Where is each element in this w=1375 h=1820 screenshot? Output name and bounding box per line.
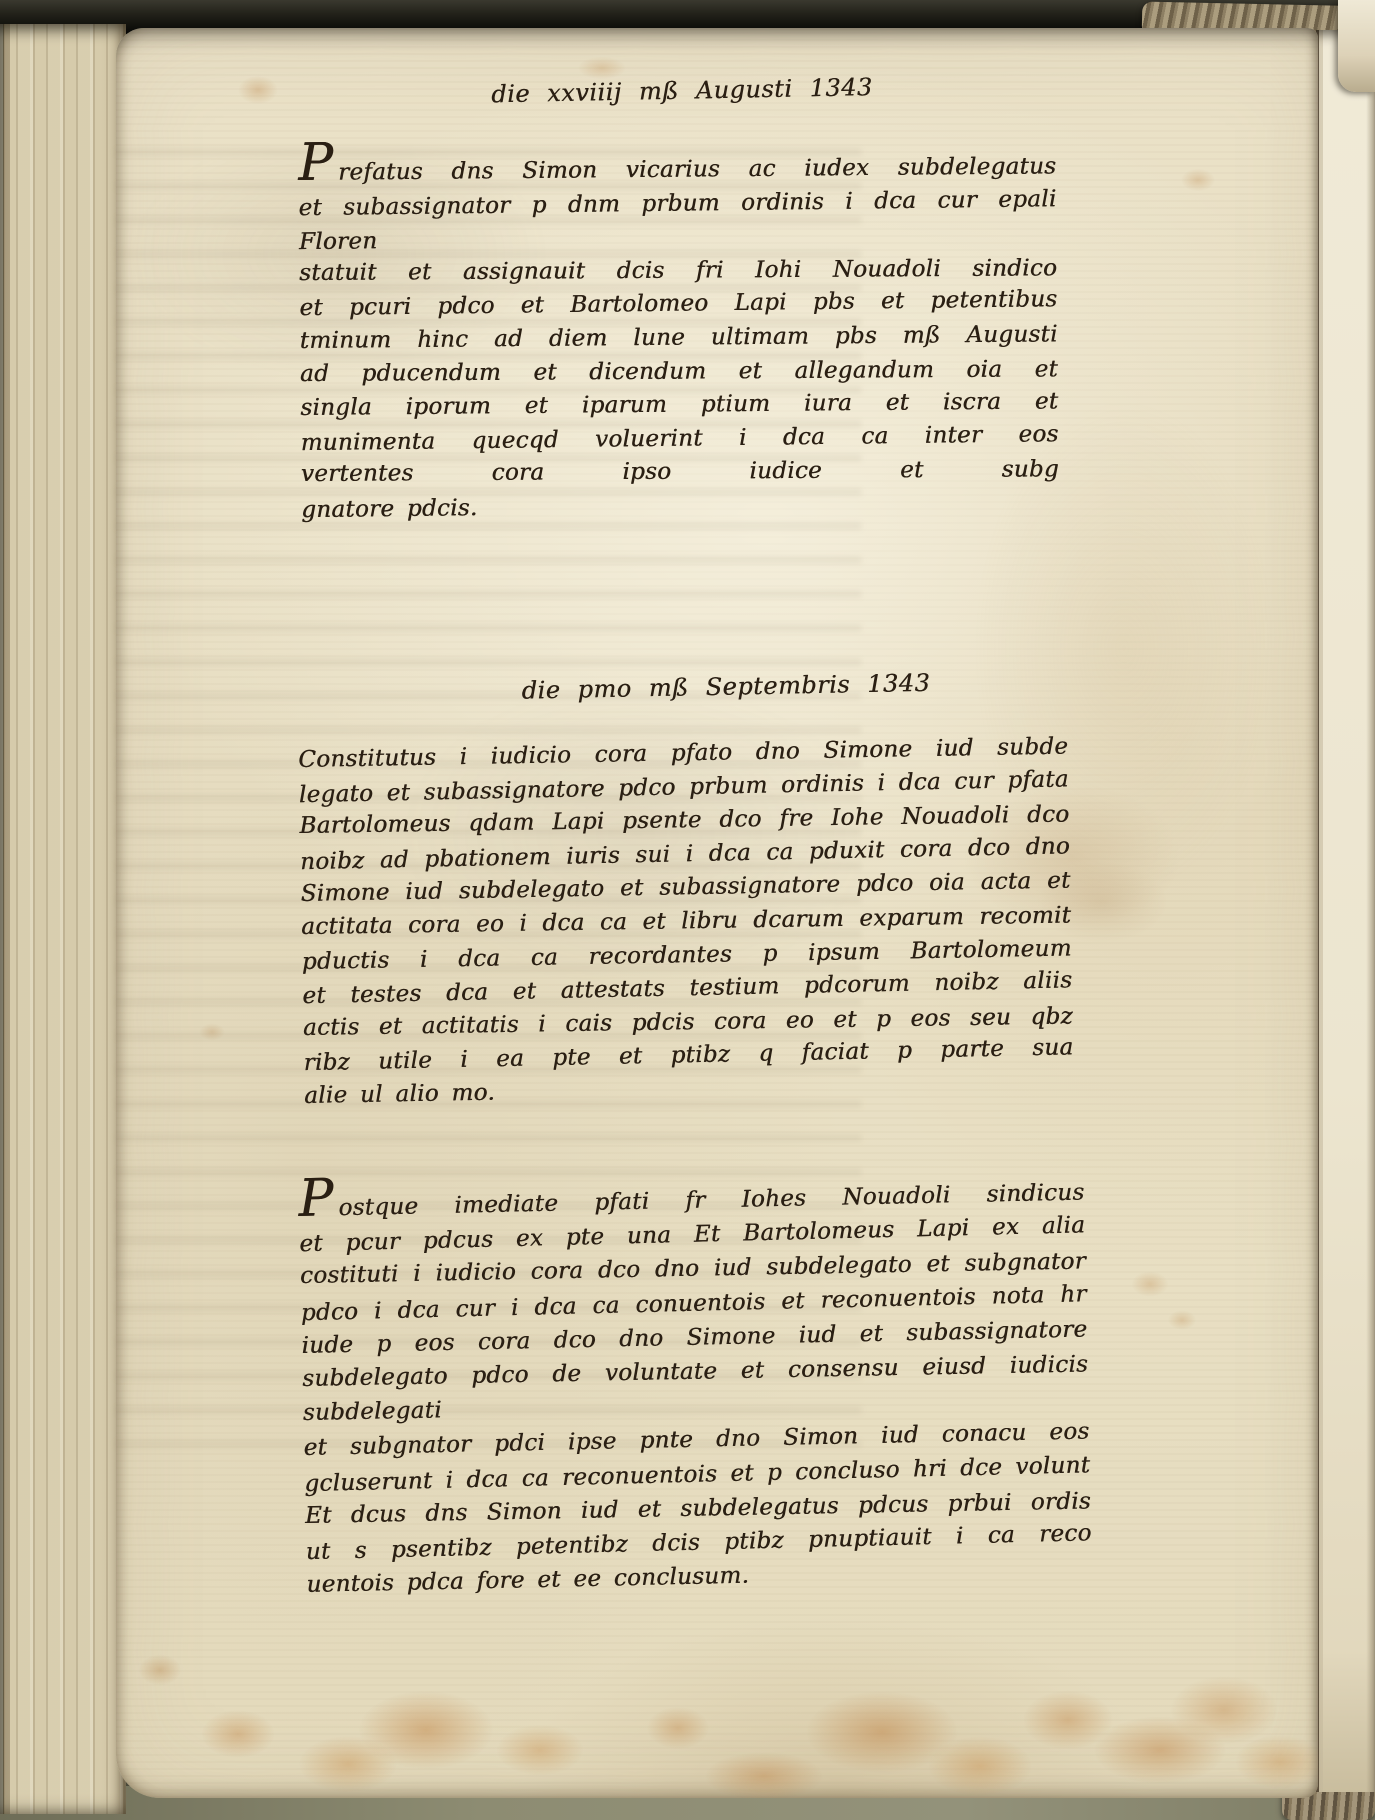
manuscript-text-line: subdelegato pdco de voluntate et consens… — [302, 1347, 1089, 1430]
gutter-page-edges — [0, 24, 126, 1814]
manuscript-text-line: Prefatus dns Simon vicarius ac iudex sub… — [298, 137, 1056, 190]
next-page-edge — [1316, 30, 1375, 1792]
entry-august-paragraph: Prefatus dns Simon vicarius ac iudex sub… — [298, 137, 1059, 526]
manuscript-text-line: ad pducendum et dicendum et allegandum o… — [300, 353, 1058, 391]
manuscript-page: die xxviiij mß Augusti 1343 Prefatus dns… — [116, 28, 1318, 1798]
entry-september-paragraph: Constitutus i iudicio cora pfato dno Sim… — [298, 731, 1074, 1114]
manuscript-text-line: et subassignator p dnm prbum ordinis i d… — [298, 183, 1057, 259]
manuscript-scan: die xxviiij mß Augusti 1343 Prefatus dns… — [0, 0, 1375, 1820]
entry-conclusion-paragraph: Postque imediate pfati fr Iohes Nouadoli… — [298, 1164, 1093, 1603]
page-corner-curl — [1338, 0, 1375, 92]
